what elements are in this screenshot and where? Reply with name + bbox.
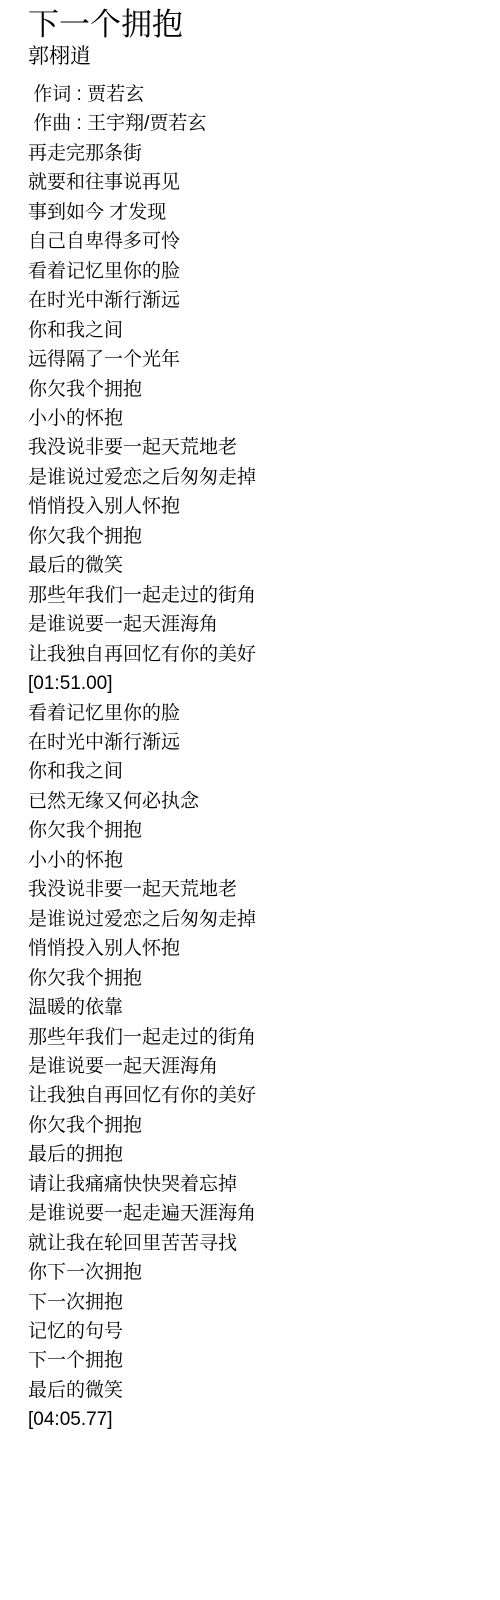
lyric-line: 小小的怀抱 bbox=[28, 404, 480, 433]
lyric-line: 下一次拥抱 bbox=[28, 1288, 480, 1317]
lyric-line: 悄悄投入别人怀抱 bbox=[28, 492, 480, 521]
lyrics-block: 作词 : 贾若玄 作曲 : 王宇翔/贾若玄 再走完那条街就要和往事说再见事到如今… bbox=[28, 80, 480, 1435]
lyric-line: 你和我之间 bbox=[28, 757, 480, 786]
lyric-line: 你欠我个拥抱 bbox=[28, 816, 480, 845]
lyric-line: 已然无缘又何必执念 bbox=[28, 787, 480, 816]
lyric-line: [04:05.77] bbox=[28, 1405, 480, 1434]
credit-line: 作词 : 贾若玄 bbox=[28, 80, 480, 109]
lyric-line: 温暖的依靠 bbox=[28, 993, 480, 1022]
lyric-line: 是谁说过爱恋之后匆匆走掉 bbox=[28, 463, 480, 492]
lyric-line: 远得隔了一个光年 bbox=[28, 345, 480, 374]
lyric-line: 看着记忆里你的脸 bbox=[28, 257, 480, 286]
lyric-line: 看着记忆里你的脸 bbox=[28, 699, 480, 728]
lyric-line: 小小的怀抱 bbox=[28, 846, 480, 875]
lyric-line: 下一个拥抱 bbox=[28, 1346, 480, 1375]
song-title: 下一个拥抱 bbox=[28, 6, 480, 44]
artist-name: 郭栩逍 bbox=[28, 44, 480, 70]
lyric-line: 事到如今 才发现 bbox=[28, 198, 480, 227]
lyric-line: 那些年我们一起走过的街角 bbox=[28, 1023, 480, 1052]
lyric-line: 在时光中渐行渐远 bbox=[28, 728, 480, 757]
lyric-line: 是谁说要一起天涯海角 bbox=[28, 610, 480, 639]
lyric-line: 你欠我个拥抱 bbox=[28, 964, 480, 993]
lyric-line: 是谁说要一起走遍天涯海角 bbox=[28, 1199, 480, 1228]
lyric-line: 请让我痛痛快快哭着忘掉 bbox=[28, 1170, 480, 1199]
lyric-line: 你欠我个拥抱 bbox=[28, 1111, 480, 1140]
lyric-line: 是谁说要一起天涯海角 bbox=[28, 1052, 480, 1081]
lyric-line: 自己自卑得多可怜 bbox=[28, 227, 480, 256]
lyric-line: 再走完那条街 bbox=[28, 139, 480, 168]
lyric-line: 让我独自再回忆有你的美好 bbox=[28, 640, 480, 669]
lyric-line: 你下一次拥抱 bbox=[28, 1258, 480, 1287]
lyric-line: 最后的微笑 bbox=[28, 551, 480, 580]
lyric-line: 我没说非要一起天荒地老 bbox=[28, 875, 480, 904]
lyric-line: 你欠我个拥抱 bbox=[28, 375, 480, 404]
lyric-line: 最后的拥抱 bbox=[28, 1140, 480, 1169]
lyric-line: 悄悄投入别人怀抱 bbox=[28, 934, 480, 963]
lyrics-page: 下一个拥抱 郭栩逍 作词 : 贾若玄 作曲 : 王宇翔/贾若玄 再走完那条街就要… bbox=[0, 0, 500, 1600]
lyric-line: 你欠我个拥抱 bbox=[28, 522, 480, 551]
lyric-line: [01:51.00] bbox=[28, 669, 480, 698]
lyric-line: 就要和往事说再见 bbox=[28, 168, 480, 197]
lyric-line: 就让我在轮回里苦苦寻找 bbox=[28, 1229, 480, 1258]
lyric-line: 你和我之间 bbox=[28, 316, 480, 345]
lyric-line: 我没说非要一起天荒地老 bbox=[28, 433, 480, 462]
lyric-line: 让我独自再回忆有你的美好 bbox=[28, 1081, 480, 1110]
lyric-line: 最后的微笑 bbox=[28, 1376, 480, 1405]
lyric-line: 是谁说过爱恋之后匆匆走掉 bbox=[28, 905, 480, 934]
lyric-line: 那些年我们一起走过的街角 bbox=[28, 581, 480, 610]
lyrics-list: 再走完那条街就要和往事说再见事到如今 才发现自己自卑得多可怜看着记忆里你的脸在时… bbox=[28, 139, 480, 1435]
lyric-line: 在时光中渐行渐远 bbox=[28, 286, 480, 315]
credits-list: 作词 : 贾若玄 作曲 : 王宇翔/贾若玄 bbox=[28, 80, 480, 139]
credit-line: 作曲 : 王宇翔/贾若玄 bbox=[28, 109, 480, 138]
lyric-line: 记忆的句号 bbox=[28, 1317, 480, 1346]
